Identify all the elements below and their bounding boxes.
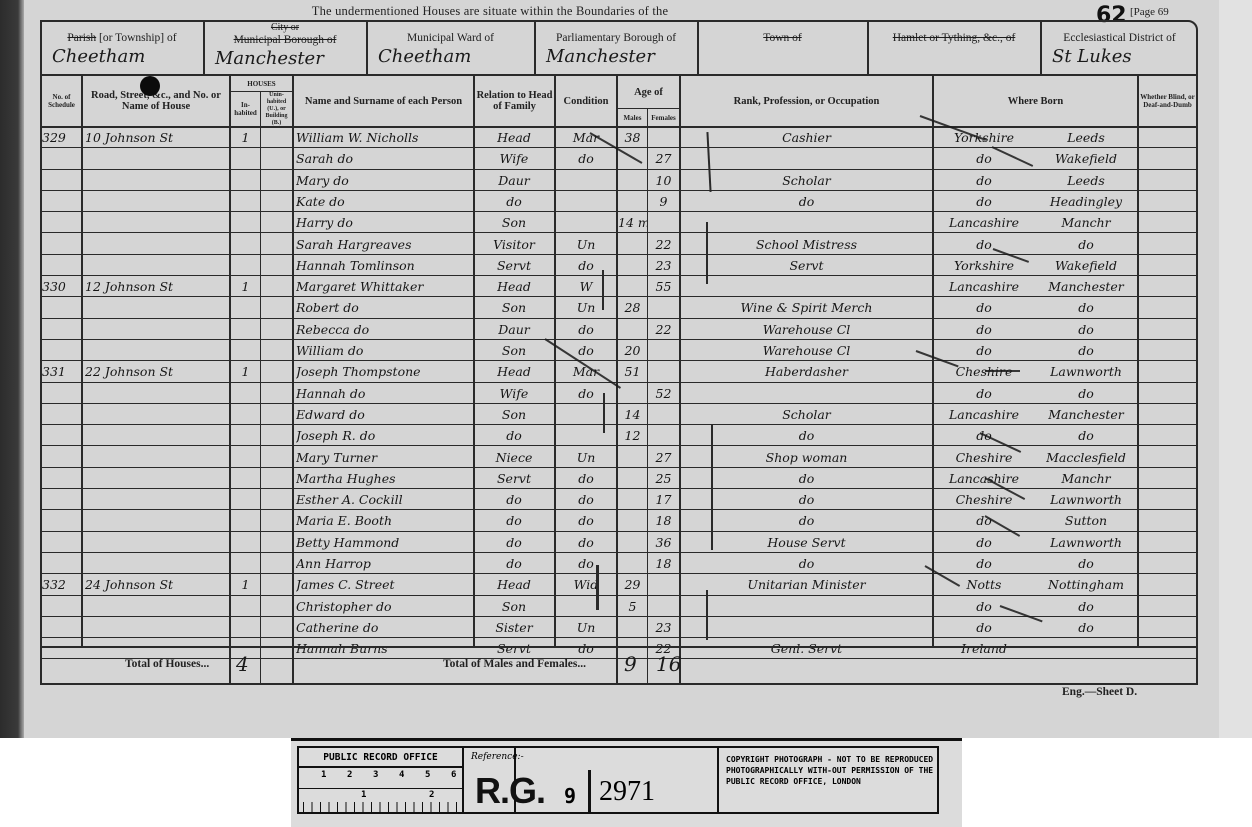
- cell-condition: Mar: [556, 127, 616, 148]
- cell-schedule: [42, 532, 81, 553]
- cell-schedule: [42, 170, 81, 191]
- cell-male-age: [618, 234, 647, 255]
- cell-name: Hannah Tomlinson: [296, 255, 473, 276]
- cell-address: [85, 383, 229, 404]
- cell-inhabited: [231, 340, 260, 361]
- cell-born-county: do: [934, 383, 1034, 404]
- cell-condition: do: [556, 468, 616, 489]
- cell-male-age: [618, 447, 647, 468]
- cell-name: Martha Hughes: [296, 468, 473, 489]
- cell-address: [85, 468, 229, 489]
- cell-born-county: do: [934, 510, 1034, 531]
- cell-male-age: [618, 532, 647, 553]
- cell-relation: Son: [475, 212, 553, 233]
- cell-condition: do: [556, 532, 616, 553]
- record-office-title: PUBLIC RECORD OFFICE: [299, 748, 464, 768]
- cell-relation: Servt: [475, 638, 553, 659]
- cell-inhabited: [231, 468, 260, 489]
- table-row: Catherine doSisterUn23dodo: [42, 617, 1196, 638]
- cell-schedule: [42, 340, 81, 361]
- boundary-hamlet: Hamlet or Tything, &c., of: [869, 22, 1039, 74]
- cell-male-age: [618, 383, 647, 404]
- cell-relation: Head: [475, 127, 553, 148]
- cell-born-place: Lawnworth: [1036, 532, 1136, 553]
- cell-schedule: [42, 255, 81, 276]
- cell-inhabited: [231, 234, 260, 255]
- cell-male-age: 5: [618, 596, 647, 617]
- total-persons-label: Total of Males and Females...: [443, 658, 586, 670]
- cell-inhabited: [231, 404, 260, 425]
- cell-address: [85, 510, 229, 531]
- cell-schedule: [42, 553, 81, 574]
- cell-relation: Head: [475, 276, 553, 297]
- cell-born-place: Leeds: [1036, 127, 1136, 148]
- boundary-city: City or Municipal Borough of Manchester: [205, 22, 365, 74]
- cell-female-age: [648, 574, 679, 595]
- cell-female-age: 36: [648, 532, 679, 553]
- cell-condition: [556, 191, 616, 212]
- cell-relation: Niece: [475, 447, 553, 468]
- cell-condition: Un: [556, 617, 616, 638]
- row-divider: [42, 658, 1196, 659]
- cell-relation: do: [475, 425, 553, 446]
- town-struck-label: Town of: [699, 32, 866, 44]
- table-row: 32910 Johnson St1William W. NichollsHead…: [42, 127, 1196, 148]
- cell-male-age: [618, 489, 647, 510]
- cell-occupation: Cashier: [681, 127, 932, 148]
- cell-schedule: [42, 638, 81, 659]
- cell-schedule: [42, 383, 81, 404]
- cell-occupation: do: [681, 510, 932, 531]
- cell-inhabited: [231, 425, 260, 446]
- parliamentary-value: Manchester: [536, 46, 696, 67]
- cell-born-county: do: [934, 617, 1034, 638]
- table-row: Edward doSon14ScholarLancashireMancheste…: [42, 404, 1196, 425]
- cell-condition: do: [556, 319, 616, 340]
- cell-inhabited: 1: [231, 127, 260, 148]
- cell-male-age: [618, 510, 647, 531]
- cell-born-place: Sutton: [1036, 510, 1136, 531]
- parish-struck-label: Parish: [67, 32, 96, 44]
- boundary-parish: Parish [or Township] of Cheetham: [42, 22, 202, 74]
- tally-mark: [706, 590, 708, 640]
- ecclesiastical-label: Ecclesiastical District of: [1042, 32, 1197, 44]
- cell-name: Betty Hammond: [296, 532, 473, 553]
- cell-occupation: Shop woman: [681, 447, 932, 468]
- cell-born-place: Manchr: [1036, 212, 1136, 233]
- cell-relation: Servt: [475, 255, 553, 276]
- cell-schedule: [42, 425, 81, 446]
- col-header-age: Age of: [618, 76, 679, 108]
- cell-schedule: [42, 404, 81, 425]
- cell-condition: do: [556, 638, 616, 659]
- cell-relation: Son: [475, 340, 553, 361]
- cell-condition: do: [556, 489, 616, 510]
- table-row: Mary TurnerNieceUn27Shop womanCheshireMa…: [42, 447, 1196, 468]
- cell-schedule: 329: [42, 127, 81, 148]
- cell-born-place: Manchr: [1036, 468, 1136, 489]
- cell-name: Hannah Burns: [296, 638, 473, 659]
- cell-name: Margaret Whittaker: [296, 276, 473, 297]
- cell-born-place: do: [1036, 340, 1136, 361]
- ink-blot: [140, 76, 160, 96]
- city-value: Manchester: [205, 48, 365, 69]
- cell-relation: Visitor: [475, 234, 553, 255]
- cell-occupation: do: [681, 468, 932, 489]
- cell-occupation: Warehouse Cl: [681, 340, 932, 361]
- city-struck-label: City or: [205, 22, 365, 34]
- cell-condition: [556, 212, 616, 233]
- cell-address: [85, 319, 229, 340]
- reference-divider: [588, 770, 591, 812]
- cell-born-county: Notts: [934, 574, 1034, 595]
- cell-name: James C. Street: [296, 574, 473, 595]
- cell-name: Sarah Hargreaves: [296, 234, 473, 255]
- cell-male-age: 14: [618, 404, 647, 425]
- cell-occupation: Wine & Spirit Merch: [681, 297, 932, 318]
- cell-relation: do: [475, 532, 553, 553]
- total-females-value: 16: [656, 652, 681, 676]
- cell-condition: Un: [556, 447, 616, 468]
- cell-born-place: Macclesfield: [1036, 447, 1136, 468]
- cell-schedule: [42, 468, 81, 489]
- cell-name: Maria E. Booth: [296, 510, 473, 531]
- cell-male-age: 51: [618, 361, 647, 382]
- cell-condition: do: [556, 553, 616, 574]
- cell-schedule: [42, 617, 81, 638]
- cell-condition: [556, 170, 616, 191]
- cell-female-age: 17: [648, 489, 679, 510]
- cell-name: Hannah do: [296, 383, 473, 404]
- cell-address: 22 Johnson St: [85, 361, 229, 382]
- cell-relation: Wife: [475, 383, 553, 404]
- table-row: Joseph R. dodo12dododo: [42, 425, 1196, 446]
- total-houses-label: Total of Houses...: [125, 658, 209, 670]
- boundary-parliamentary: Parliamentary Borough of Manchester: [536, 22, 696, 74]
- cell-occupation: Scholar: [681, 404, 932, 425]
- cell-condition: do: [556, 148, 616, 169]
- cell-condition: do: [556, 255, 616, 276]
- cell-address: [85, 532, 229, 553]
- table-row: Robert doSonUn28Wine & Spirit Merchdodo: [42, 297, 1196, 318]
- cell-address: [85, 297, 229, 318]
- cell-name: Mary Turner: [296, 447, 473, 468]
- cell-relation: Head: [475, 574, 553, 595]
- cell-occupation: School Mistress: [681, 234, 932, 255]
- table-row: Harry doSon14 moLancashireManchr: [42, 212, 1196, 233]
- table-row: Maria E. Boothdodo18dodoSutton: [42, 510, 1196, 531]
- cell-occupation: do: [681, 191, 932, 212]
- cell-female-age: [648, 404, 679, 425]
- cell-female-age: 52: [648, 383, 679, 404]
- cell-schedule: 331: [42, 361, 81, 382]
- cell-female-age: 25: [648, 468, 679, 489]
- record-series: R.G.: [475, 770, 545, 812]
- cell-inhabited: [231, 553, 260, 574]
- table-row: Sarah HargreavesVisitorUn22School Mistre…: [42, 234, 1196, 255]
- cell-address: [85, 617, 229, 638]
- cell-address: [85, 447, 229, 468]
- table-row: Kate dodo9dodoHeadingley: [42, 191, 1196, 212]
- cell-born-county: do: [934, 297, 1034, 318]
- cell-address: [85, 191, 229, 212]
- record-office-label: PUBLIC RECORD OFFICE 1 2 3 4 5 6 1 2 Ref…: [291, 738, 962, 827]
- table-row: Betty Hammonddodo36House ServtdoLawnwort…: [42, 532, 1196, 553]
- record-piece: 2971: [599, 776, 655, 808]
- cell-condition: Un: [556, 297, 616, 318]
- col-header-schedule: No. of Schedule: [42, 76, 81, 126]
- cell-occupation: Servt: [681, 255, 932, 276]
- cell-born-county: Cheshire: [934, 489, 1034, 510]
- cell-born-place: [1036, 638, 1136, 659]
- cell-name: Christopher do: [296, 596, 473, 617]
- cell-female-age: 18: [648, 553, 679, 574]
- cell-born-place: Lawnworth: [1036, 489, 1136, 510]
- cell-address: [85, 404, 229, 425]
- cell-address: 12 Johnson St: [85, 276, 229, 297]
- cell-schedule: [42, 212, 81, 233]
- cell-address: [85, 148, 229, 169]
- cell-condition: [556, 425, 616, 446]
- cell-born-place: Lawnworth: [1036, 361, 1136, 382]
- cell-address: [85, 255, 229, 276]
- table-row: Martha HughesServtdo25doLancashireManchr: [42, 468, 1196, 489]
- cell-condition: [556, 596, 616, 617]
- cell-occupation: [681, 212, 932, 233]
- cell-address: [85, 489, 229, 510]
- boundary-ward: Municipal Ward of Cheetham: [368, 22, 533, 74]
- cell-female-age: [648, 596, 679, 617]
- cell-schedule: [42, 489, 81, 510]
- cell-male-age: [618, 319, 647, 340]
- cell-female-age: 27: [648, 447, 679, 468]
- table-row: Rebecca doDaurdo22Warehouse Cldodo: [42, 319, 1196, 340]
- cell-address: [85, 170, 229, 191]
- cell-occupation: do: [681, 425, 932, 446]
- col-header-males: Males: [618, 109, 647, 126]
- cell-inhabited: [231, 489, 260, 510]
- cell-born-county: Lancashire: [934, 276, 1034, 297]
- cell-male-age: 28: [618, 297, 647, 318]
- cell-female-age: 18: [648, 510, 679, 531]
- cell-born-place: do: [1036, 234, 1136, 255]
- cell-address: 24 Johnson St: [85, 574, 229, 595]
- col-header-females: Females: [648, 109, 679, 126]
- cell-male-age: [618, 255, 647, 276]
- table-row: Sarah doWifedo27doWakefield: [42, 148, 1196, 169]
- cell-born-county: Ireland: [934, 638, 1034, 659]
- cell-born-place: Nottingham: [1036, 574, 1136, 595]
- cell-male-age: [618, 191, 647, 212]
- col-header-occupation: Rank, Profession, or Occupation: [681, 76, 932, 126]
- col-header-houses: HOUSES: [231, 77, 292, 91]
- cell-occupation: Unitarian Minister: [681, 574, 932, 595]
- cell-inhabited: [231, 617, 260, 638]
- col-header-uninhabited: Unin-habited (U.), or Building (B.): [261, 92, 292, 126]
- cell-schedule: [42, 297, 81, 318]
- cell-condition: [556, 404, 616, 425]
- cell-male-age: [618, 468, 647, 489]
- cell-female-age: [648, 425, 679, 446]
- col-header-inhabited: In-habited: [231, 92, 260, 126]
- hamlet-struck-label: Hamlet or Tything, &c., of: [869, 32, 1039, 44]
- record-class: 9: [564, 784, 576, 808]
- total-males-value: 9: [624, 652, 637, 676]
- cell-name: William W. Nicholls: [296, 127, 473, 148]
- cell-schedule: [42, 596, 81, 617]
- cell-male-age: 14 mo: [618, 212, 647, 233]
- cell-born-place: Manchester: [1036, 276, 1136, 297]
- cell-relation: Son: [475, 297, 553, 318]
- cell-born-county: Lancashire: [934, 404, 1034, 425]
- tally-mark: [603, 393, 605, 433]
- ward-value: Cheetham: [368, 46, 533, 67]
- cell-relation: do: [475, 489, 553, 510]
- cell-condition: Un: [556, 234, 616, 255]
- cell-female-age: 23: [648, 255, 679, 276]
- tally-mark: [596, 565, 599, 610]
- cell-name: Mary do: [296, 170, 473, 191]
- cell-inhabited: [231, 297, 260, 318]
- cell-relation: Head: [475, 361, 553, 382]
- cell-occupation: [681, 276, 932, 297]
- parliamentary-label: Parliamentary Borough of: [536, 32, 696, 44]
- boundary-ecclesiastical: Ecclesiastical District of St Lukes: [1042, 22, 1197, 74]
- cell-born-place: do: [1036, 383, 1136, 404]
- cell-inhabited: [231, 383, 260, 404]
- cell-born-place: do: [1036, 553, 1136, 574]
- table-row: Mary doDaur10ScholardoLeeds: [42, 170, 1196, 191]
- cell-name: William do: [296, 340, 473, 361]
- cell-born-place: do: [1036, 596, 1136, 617]
- cell-female-age: [648, 361, 679, 382]
- cell-name: Catherine do: [296, 617, 473, 638]
- cell-occupation: Warehouse Cl: [681, 319, 932, 340]
- ecclesiastical-value: St Lukes: [1042, 46, 1197, 67]
- col-header-name: Name and Surname of each Person: [294, 76, 473, 126]
- cell-name: Ann Harrop: [296, 553, 473, 574]
- sheet-note: Eng.—Sheet D.: [1062, 686, 1137, 698]
- cell-relation: Wife: [475, 148, 553, 169]
- cell-name: Harry do: [296, 212, 473, 233]
- cell-occupation: Haberdasher: [681, 361, 932, 382]
- cell-relation: do: [475, 191, 553, 212]
- cell-occupation: Scholar: [681, 170, 932, 191]
- borough-struck-label: Municipal Borough of: [205, 34, 365, 46]
- cell-born-place: Manchester: [1036, 404, 1136, 425]
- cell-condition: Wid: [556, 574, 616, 595]
- cell-inhabited: [231, 532, 260, 553]
- tally-mark: [711, 425, 713, 550]
- cell-schedule: [42, 447, 81, 468]
- cell-address: [85, 340, 229, 361]
- boundary-town: Town of: [699, 22, 866, 74]
- cell-inhabited: [231, 319, 260, 340]
- cell-name: Joseph Thompstone: [296, 361, 473, 382]
- cell-born-county: do: [934, 234, 1034, 255]
- tally-mark: [985, 370, 1020, 372]
- cell-male-age: 29: [618, 574, 647, 595]
- cell-inhabited: 1: [231, 574, 260, 595]
- tally-mark: [602, 270, 604, 310]
- cell-female-age: [648, 340, 679, 361]
- cell-relation: do: [475, 510, 553, 531]
- cell-address: [85, 553, 229, 574]
- cell-male-age: 20: [618, 340, 647, 361]
- table-row: Ann Harropdodo18dododo: [42, 553, 1196, 574]
- cell-name: Edward do: [296, 404, 473, 425]
- cell-born-place: Headingley: [1036, 191, 1136, 212]
- cell-born-county: do: [934, 340, 1034, 361]
- cell-inhabited: [231, 148, 260, 169]
- cell-male-age: [618, 170, 647, 191]
- cell-female-age: 23: [648, 617, 679, 638]
- cell-condition: W: [556, 276, 616, 297]
- cell-occupation: House Servt: [681, 532, 932, 553]
- cell-relation: Daur: [475, 319, 553, 340]
- cell-relation: do: [475, 553, 553, 574]
- cell-born-place: do: [1036, 617, 1136, 638]
- cell-schedule: [42, 510, 81, 531]
- cell-condition: do: [556, 510, 616, 531]
- cell-female-age: 22: [648, 234, 679, 255]
- cell-occupation: do: [681, 489, 932, 510]
- cell-born-county: do: [934, 191, 1034, 212]
- cell-relation: Son: [475, 596, 553, 617]
- cell-born-county: do: [934, 553, 1034, 574]
- cell-schedule: [42, 148, 81, 169]
- cell-female-age: 55: [648, 276, 679, 297]
- cell-name: Robert do: [296, 297, 473, 318]
- page-edge: [1219, 0, 1252, 738]
- col-header-condition: Condition: [556, 76, 616, 126]
- col-header-disability: Whether Blind, or Deaf-and-Dumb: [1139, 76, 1196, 126]
- table-row: 33224 Johnson St1James C. StreetHeadWid2…: [42, 574, 1196, 595]
- cell-name: Esther A. Cockill: [296, 489, 473, 510]
- reference-label: Reference:-: [471, 752, 524, 762]
- cell-male-age: [618, 617, 647, 638]
- cell-born-place: do: [1036, 319, 1136, 340]
- cell-female-age: 10: [648, 170, 679, 191]
- cell-female-age: 27: [648, 148, 679, 169]
- cell-born-place: Wakefield: [1036, 255, 1136, 276]
- document-heading: The undermentioned Houses are situate wi…: [40, 4, 940, 19]
- cell-inhabited: [231, 255, 260, 276]
- ward-label: Municipal Ward of: [368, 32, 533, 44]
- cell-born-place: Wakefield: [1036, 148, 1136, 169]
- table-row: Hannah BurnsServtdo22Genl. ServtIreland: [42, 638, 1196, 659]
- cell-schedule: 332: [42, 574, 81, 595]
- tally-mark: [706, 222, 708, 284]
- cell-born-place: Leeds: [1036, 170, 1136, 191]
- cell-relation: Servt: [475, 468, 553, 489]
- cell-inhabited: [231, 191, 260, 212]
- cell-address: [85, 234, 229, 255]
- cell-born-county: Lancashire: [934, 212, 1034, 233]
- cell-born-place: do: [1036, 425, 1136, 446]
- cell-schedule: 330: [42, 276, 81, 297]
- cell-inhabited: [231, 212, 260, 233]
- total-houses-value: 4: [236, 652, 249, 676]
- cell-occupation: [681, 383, 932, 404]
- cell-inhabited: 1: [231, 276, 260, 297]
- cell-male-age: [618, 276, 647, 297]
- cell-address: [85, 425, 229, 446]
- cell-address: [85, 638, 229, 659]
- cell-female-age: 22: [648, 319, 679, 340]
- cell-relation: Sister: [475, 617, 553, 638]
- cell-name: Joseph R. do: [296, 425, 473, 446]
